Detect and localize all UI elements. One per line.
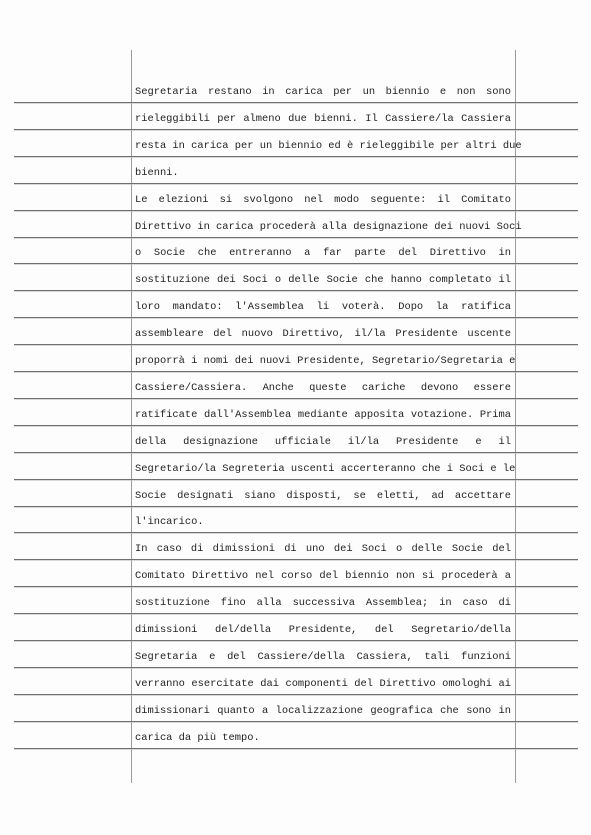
ruled-line	[14, 371, 578, 372]
text-line: assembleare del nuovo Direttivo, il/la P…	[135, 325, 511, 343]
text-line: dimissioni del/della Presidente, del Seg…	[135, 621, 511, 639]
ruled-line	[14, 694, 578, 695]
ruled-line	[14, 398, 578, 399]
text-line: sostituzione fino alla successiva Assemb…	[135, 594, 511, 612]
text-line: verranno esercitate dai componenti del D…	[135, 675, 511, 693]
ruled-line	[14, 344, 578, 345]
text-line: Direttivo in carica procederà alla desig…	[135, 218, 511, 236]
ruled-line	[14, 532, 578, 533]
text-line: loro mandato: l'Assemblea li voterà. Dop…	[135, 298, 511, 316]
ruled-line	[14, 613, 578, 614]
text-line: della designazione ufficiale il/la Presi…	[135, 433, 511, 451]
text-line: rieleggibili per almeno due bienni. Il C…	[135, 110, 511, 128]
ruled-line	[14, 559, 578, 560]
text-line: bienni.	[135, 164, 511, 182]
ruled-line	[14, 479, 578, 480]
text-line: ratificate dall'Assemblea mediante appos…	[135, 406, 511, 424]
text-line: dimissionari quanto a localizzazione geo…	[135, 702, 511, 720]
text-line: l'incarico.	[135, 513, 511, 531]
text-line: o Socie che entreranno a far parte del D…	[135, 244, 511, 262]
right-margin-line	[515, 50, 516, 783]
ruled-line	[14, 586, 578, 587]
ruled-line	[14, 183, 578, 184]
text-line: Le elezioni si svolgono nel modo seguent…	[135, 191, 511, 209]
text-line: Cassiere/Cassiera. Anche queste cariche …	[135, 379, 511, 397]
ruled-line	[14, 721, 578, 722]
ruled-line	[14, 425, 578, 426]
ruled-line	[14, 210, 578, 211]
ruled-line	[14, 667, 578, 668]
ruled-line	[14, 237, 578, 238]
text-line: sostituzione dei Soci o delle Socie che …	[135, 271, 511, 289]
ruled-line	[14, 263, 578, 264]
ruled-line	[14, 290, 578, 291]
text-line: Comitato Direttivo nel corso del biennio…	[135, 567, 511, 585]
ruled-line	[14, 102, 578, 103]
ruled-line	[14, 129, 578, 130]
ruled-line	[14, 506, 578, 507]
text-line: Socie designati siano disposti, se elett…	[135, 487, 511, 505]
text-line: resta in carica per un biennio ed è riel…	[135, 137, 511, 155]
ruled-line	[14, 156, 578, 157]
text-line: carica da più tempo.	[135, 729, 511, 747]
text-line: Segretaria e del Cassiere/della Cassiera…	[135, 648, 511, 666]
ruled-line	[14, 640, 578, 641]
text-line: Segretaria restano in carica per un bien…	[135, 83, 511, 101]
text-line: In caso di dimissioni di uno dei Soci o …	[135, 540, 511, 558]
ruled-line	[14, 452, 578, 453]
ruled-line	[14, 748, 578, 749]
left-margin-line	[131, 50, 132, 783]
text-line: proporrà i nomi dei nuovi Presidente, Se…	[135, 352, 511, 370]
document-page: Segretaria restano in carica per un bien…	[0, 0, 591, 835]
text-line: Segretario/la Segreteria uscenti accerte…	[135, 460, 511, 478]
ruled-line	[14, 317, 578, 318]
